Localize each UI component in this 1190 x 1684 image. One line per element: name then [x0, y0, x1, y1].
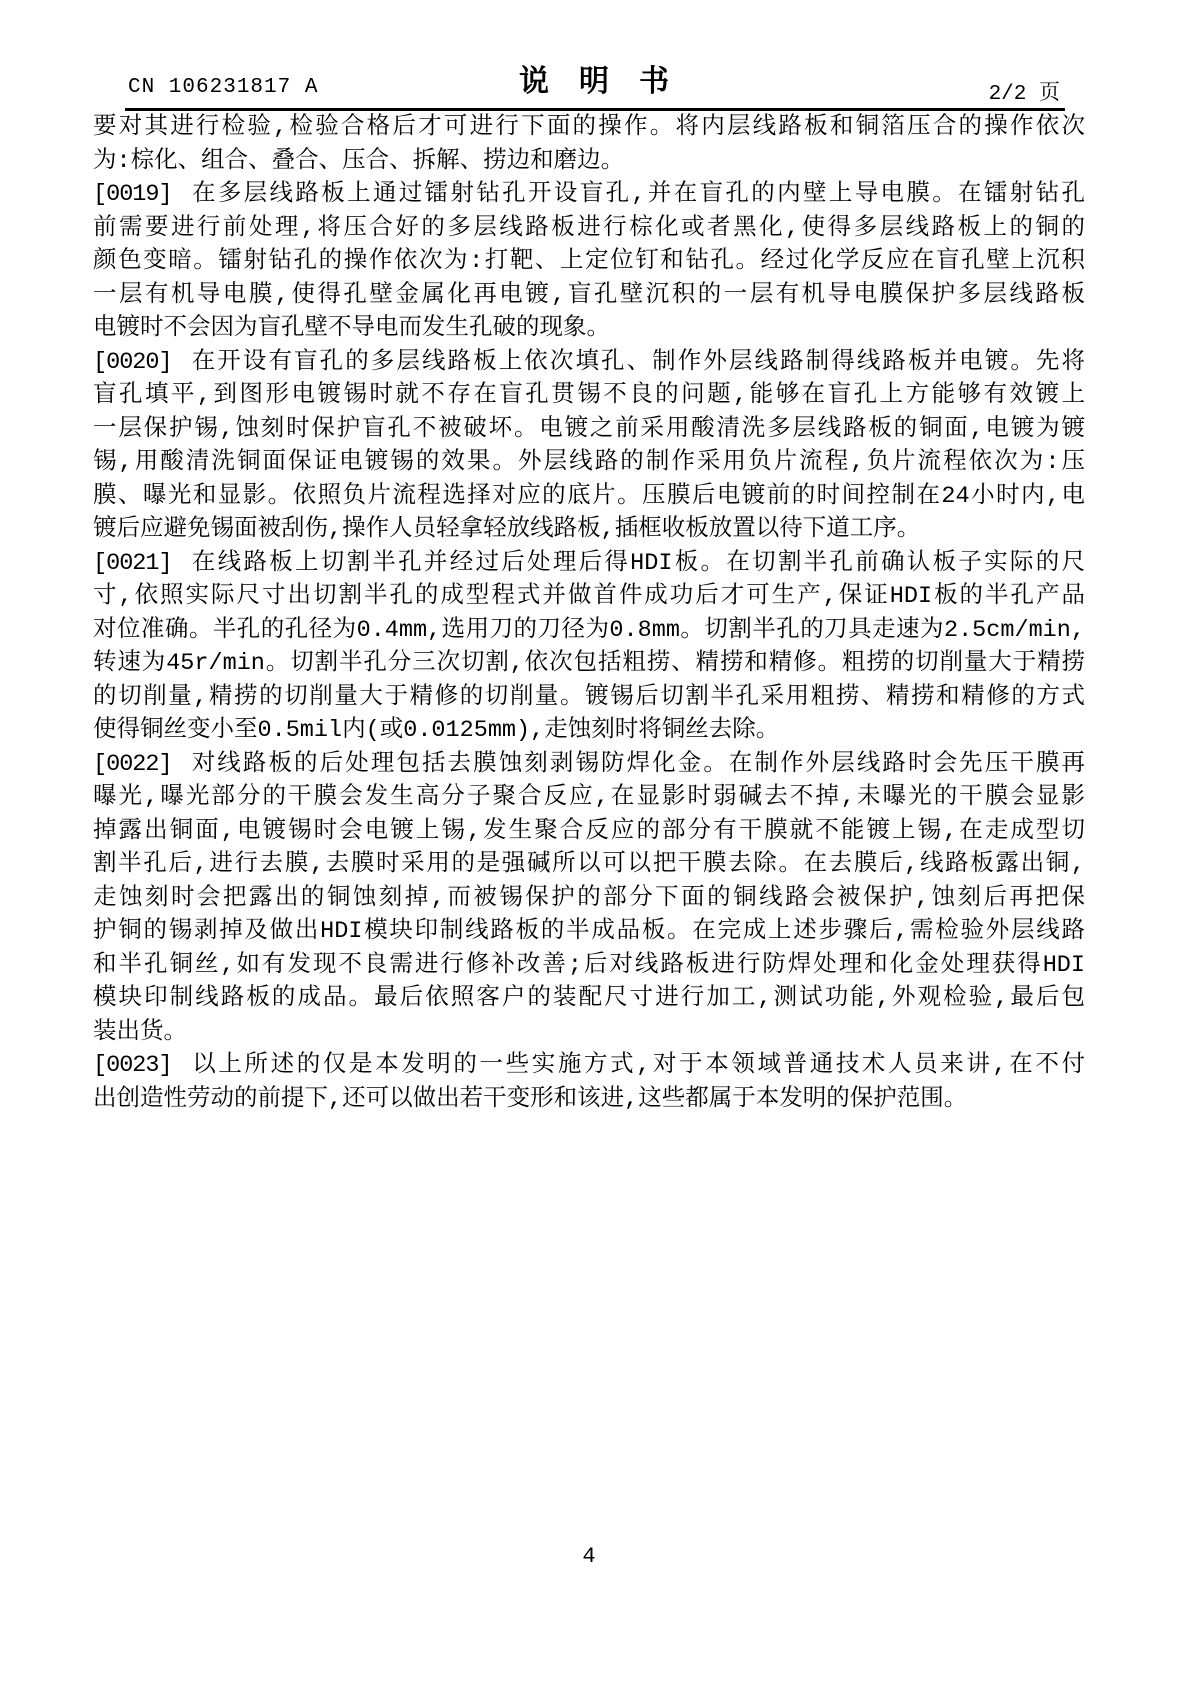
text-line: 走蚀刻时会把露出的铜蚀刻掉,而被锡保护的部分下面的铜线路会被保护,蚀刻后再把保: [93, 882, 1085, 916]
text-line: 膜、曝光和显影。依照负片流程选择对应的底片。压膜后电镀前的时间控制在24小时内,…: [93, 480, 1085, 514]
paragraph-label: [0019]: [93, 181, 172, 208]
paragraph-label: [0023]: [93, 1052, 172, 1079]
paragraph-label: [0020]: [93, 349, 172, 376]
text-line: 曝光,曝光部分的干膜会发生高分子聚合反应,在显影时弱碱去不掉,未曝光的干膜会显影: [93, 781, 1085, 815]
text-line: [0023]以上所述的仅是本发明的一些实施方式,对于本领域普通技术人员来讲,在不…: [93, 1049, 1085, 1083]
page-footer: 4: [93, 1544, 1085, 1569]
text-line: [0021]在线路板上切割半孔并经过后处理后得HDI板。在切割半孔前确认板子实际…: [93, 547, 1085, 581]
text-line: 要对其进行检验,检验合格后才可进行下面的操作。将内层线路板和铜箔压合的操作依次: [93, 111, 1085, 145]
text-line: 转速为45r/min。切割半孔分三次切割,依次包括粗捞、精捞和精修。粗捞的切削量…: [93, 647, 1085, 681]
paragraph-text: 在多层线路板上通过镭射钻孔开设盲孔,并在盲孔的内壁上导电膜。在镭射钻孔: [190, 181, 1085, 208]
text-line: 和半孔铜丝,如有发现不良需进行修补改善;后对线路板进行防焊处理和化金处理获得HD…: [93, 949, 1085, 983]
page-number: 4: [582, 1544, 595, 1569]
text-line: 一层有机导电膜,使得孔壁金属化再电镀,盲孔壁沉积的一层有机导电膜保护多层线路板: [93, 279, 1085, 313]
paragraph-text: 对线路板的后处理包括去膜蚀刻剥锡防焊化金。在制作外层线路时会先压干膜再: [190, 751, 1085, 778]
text-line: 锡,用酸清洗铜面保证电镀锡的效果。外层线路的制作采用负片流程,负片流程依次为:压: [93, 446, 1085, 480]
text-line: 割半孔后,进行去膜,去膜时采用的是强碱所以可以把干膜去除。在去膜后,线路板露出铜…: [93, 848, 1085, 882]
patent-specification-page: CN 106231817 A 说 明 书 2/2 页 要对其进行检验,检验合格后…: [0, 0, 1190, 1684]
paragraph-text: 在线路板上切割半孔并经过后处理后得HDI板。在切割半孔前确认板子实际的尺: [190, 550, 1085, 577]
text-line: 一层保护锡,蚀刻时保护盲孔不被破坏。电镀之前采用酸清洗多层线路板的铜面,电镀为镀: [93, 413, 1085, 447]
page-header: CN 106231817 A 说 明 书 2/2 页: [128, 58, 1060, 104]
text-line: 模块印制线路板的成品。最后依照客户的装配尺寸进行加工,测试功能,外观检验,最后包: [93, 982, 1085, 1016]
text-line: 颜色变暗。镭射钻孔的操作依次为:打靶、上定位钉和钻孔。经过化学反应在盲孔壁上沉积: [93, 245, 1085, 279]
text-line: 出创造性劳动的前提下,还可以做出若干变形和该进,这些都属于本发明的保护范围。: [93, 1083, 1085, 1117]
paragraph-label: [0021]: [93, 550, 172, 577]
text-line: 的切削量,精捞的切削量大于精修的切削量。镀锡后切割半孔采用粗捞、精捞和精修的方式: [93, 681, 1085, 715]
text-line: [0019]在多层线路板上通过镭射钻孔开设盲孔,并在盲孔的内壁上导电膜。在镭射钻…: [93, 178, 1085, 212]
specification-body: 要对其进行检验,检验合格后才可进行下面的操作。将内层线路板和铜箔压合的操作依次为…: [93, 111, 1085, 1116]
text-line: 前需要进行前处理,将压合好的多层线路板进行棕化或者黑化,使得多层线路板上的铜的: [93, 212, 1085, 246]
paragraph-label: [0022]: [93, 751, 172, 778]
text-line: 寸,依照实际尺寸出切割半孔的成型程式并做首件成功后才可生产,保证HDI板的半孔产…: [93, 580, 1085, 614]
text-line: 对位准确。半孔的孔径为0.4mm,选用刀的刀径为0.8mm。切割半孔的刀具走速为…: [93, 614, 1085, 648]
text-line: 电镀时不会因为盲孔壁不导电而发生孔破的现象。: [93, 312, 1085, 346]
text-line: 使得铜丝变小至0.5mil内(或0.0125mm),走蚀刻时将铜丝去除。: [93, 714, 1085, 748]
text-line: 装出货。: [93, 1016, 1085, 1050]
paragraph-text: 以上所述的仅是本发明的一些实施方式,对于本领域普通技术人员来讲,在不付: [190, 1052, 1085, 1079]
text-line: 为:棕化、组合、叠合、压合、拆解、捞边和磨边。: [93, 145, 1085, 179]
text-line: 掉露出铜面,电镀锡时会电镀上锡,发生聚合反应的部分有干膜就不能镀上锡,在走成型切: [93, 815, 1085, 849]
text-line: 护铜的锡剥掉及做出HDI模块印制线路板的半成品板。在完成上述步骤后,需检验外层线…: [93, 915, 1085, 949]
text-line: 盲孔填平,到图形电镀锡时就不存在盲孔贯锡不良的问题,能够在盲孔上方能够有效镀上: [93, 379, 1085, 413]
text-line: [0020]在开设有盲孔的多层线路板上依次填孔、制作外层线路制得线路板并电镀。先…: [93, 346, 1085, 380]
document-number: CN 106231817 A: [128, 76, 318, 99]
paragraph-text: 在开设有盲孔的多层线路板上依次填孔、制作外层线路制得线路板并电镀。先将: [190, 349, 1085, 376]
text-line: 镀后应避免锡面被刮伤,操作人员轻拿轻放线路板,插框收板放置以待下道工序。: [93, 513, 1085, 547]
page-indicator: 2/2 页: [989, 76, 1060, 106]
document-title: 说 明 书: [519, 56, 669, 100]
text-line: [0022]对线路板的后处理包括去膜蚀刻剥锡防焊化金。在制作外层线路时会先压干膜…: [93, 748, 1085, 782]
